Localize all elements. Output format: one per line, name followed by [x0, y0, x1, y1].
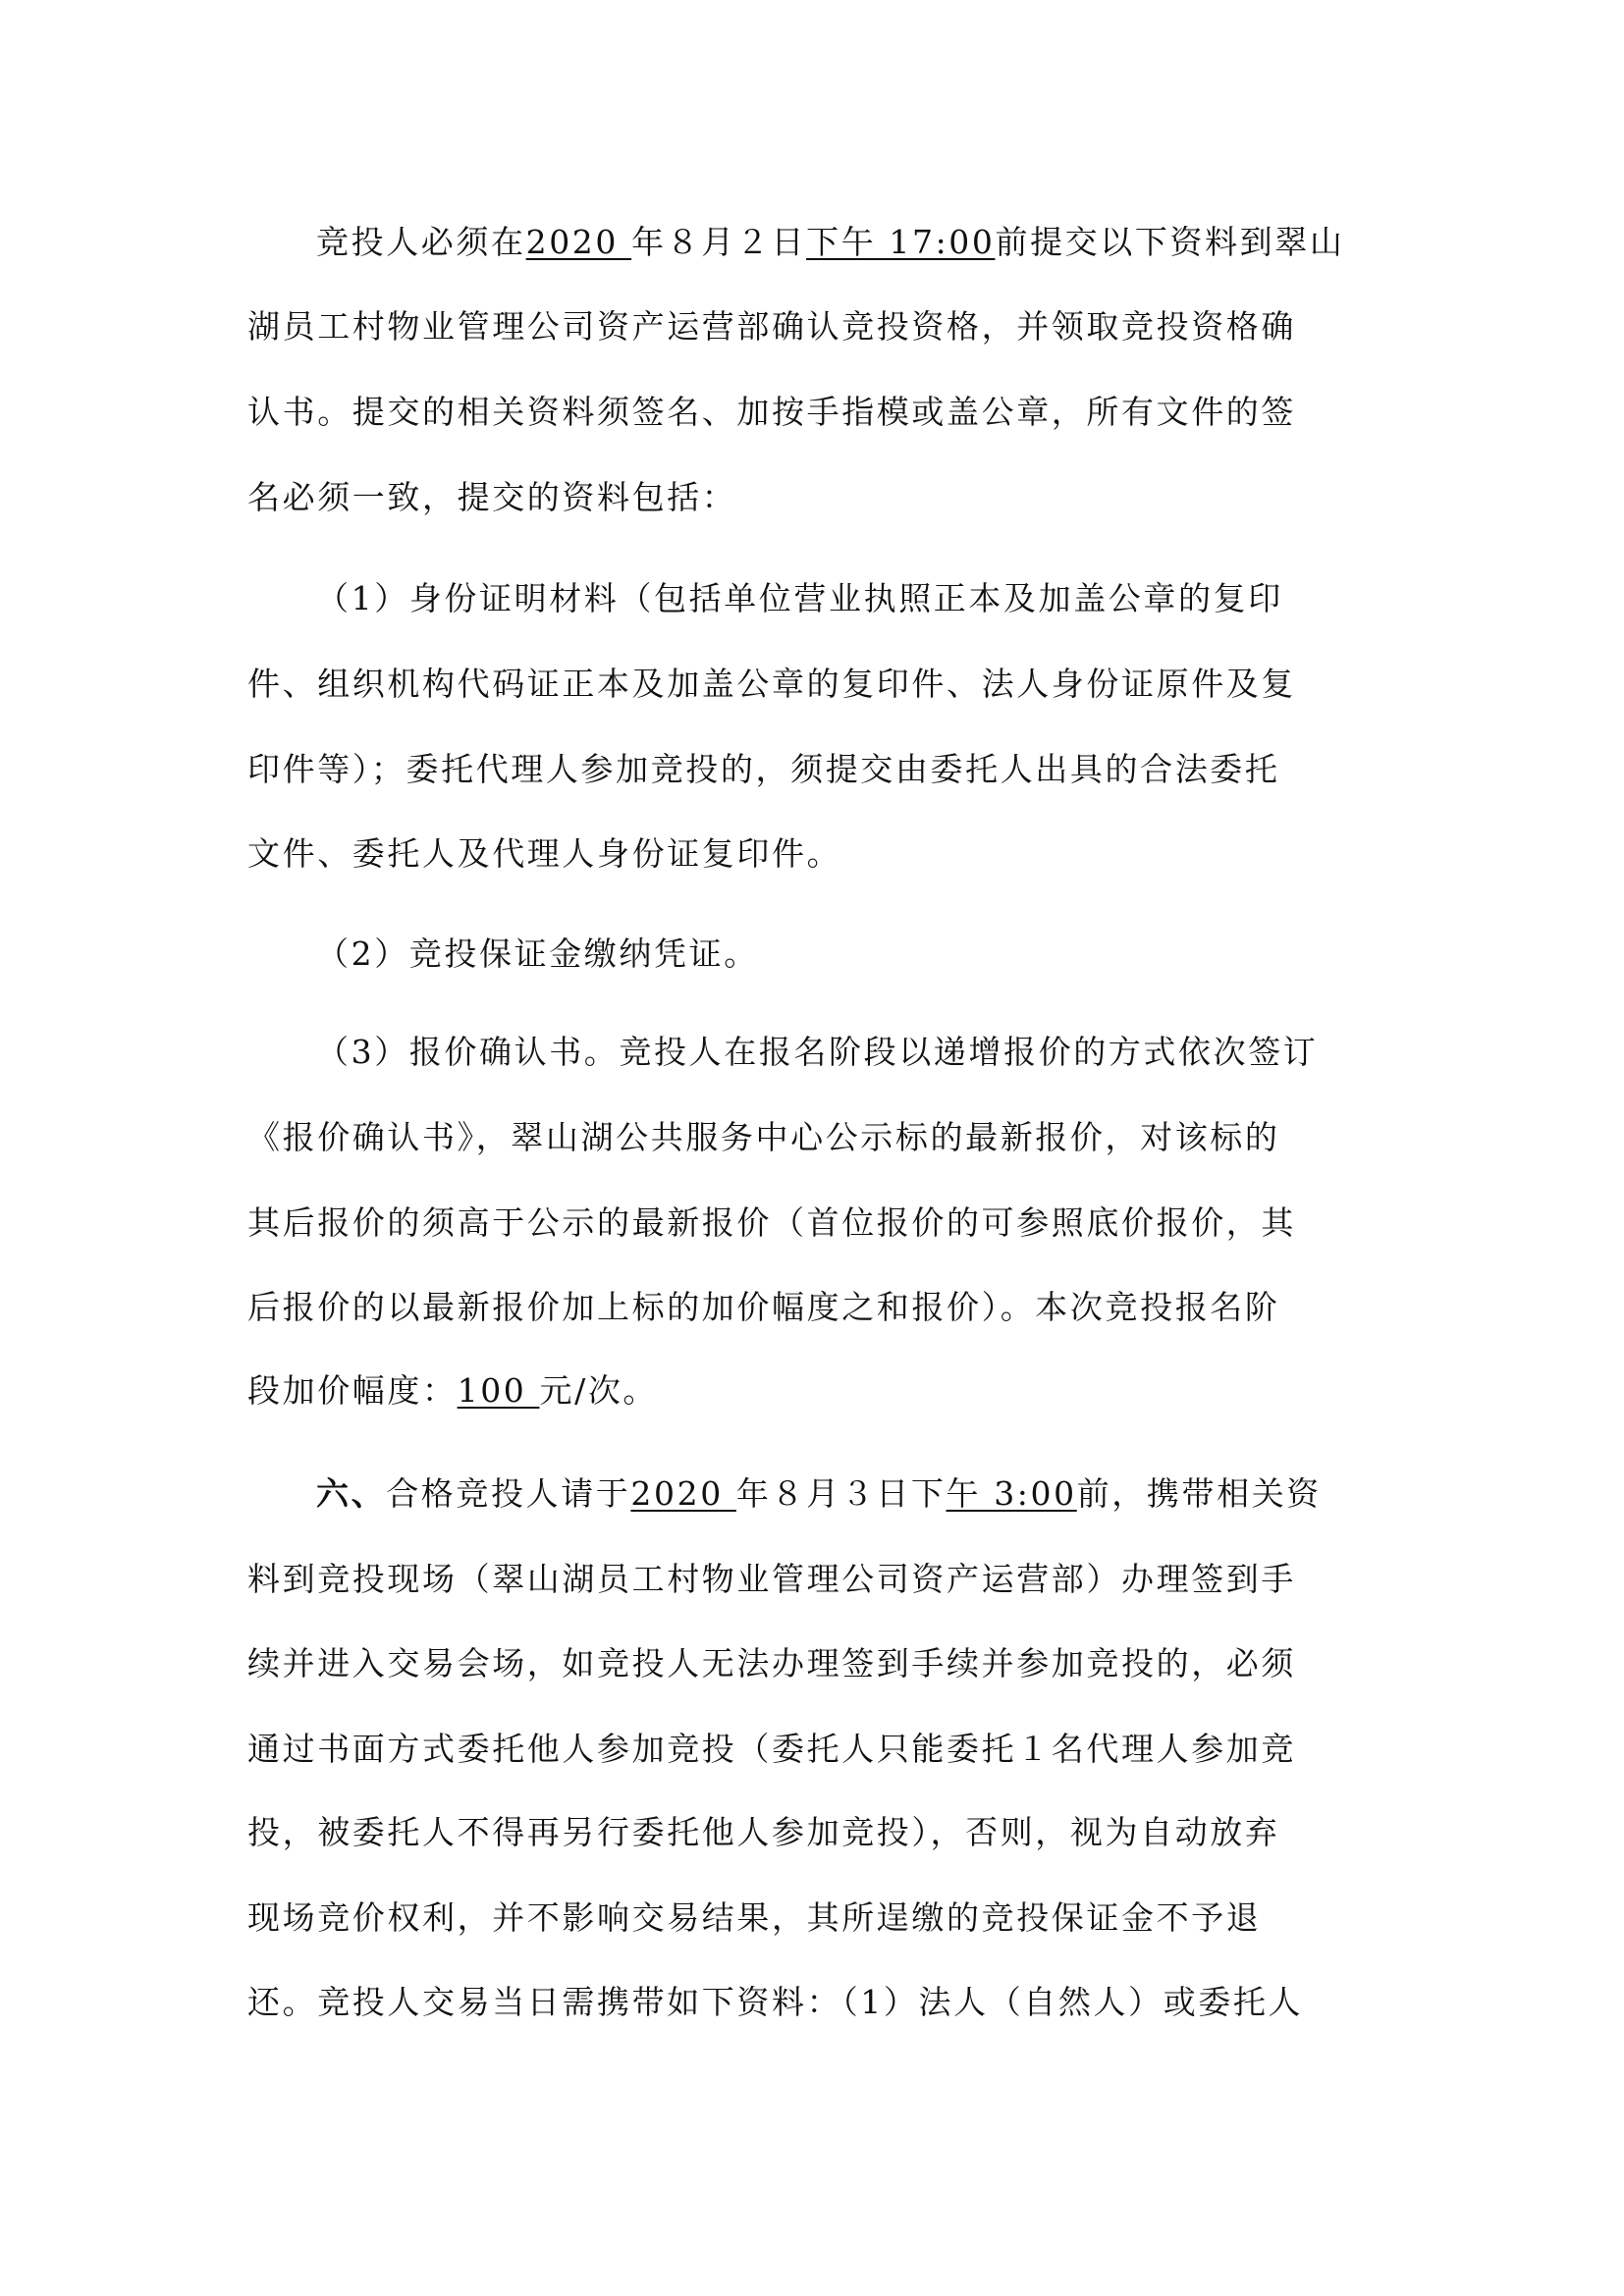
deadline-time: 下午 17:00	[806, 223, 995, 261]
section-6-line: 还。竞投人交易当日需携带如下资料：（1）法人（自然人）或委托人	[247, 1981, 1386, 2024]
section-number: 六、	[316, 1474, 386, 1513]
item-3-line: 其后报价的须高于公示的最新报价（首位报价的可参照底价报价，其	[247, 1201, 1386, 1245]
text: 元/次。	[540, 1371, 659, 1410]
paragraph-line: 认书。提交的相关资料须签名、加按手指模或盖公章，所有文件的签	[247, 391, 1386, 434]
paragraph-line: 竞投人必须在2020 年８月２日下午 17:00前提交以下资料到翠山	[316, 221, 1386, 264]
item-1-line: 印件等）；委托代理人参加竞投的，须提交由委托人出具的合法委托	[247, 748, 1386, 791]
item-3-line: 《报价确认书》，翠山湖公共服务中心公示标的最新报价，对该标的	[247, 1116, 1386, 1159]
price-increment: 100	[458, 1371, 540, 1410]
text: 年８月２日	[631, 223, 806, 261]
text: 年８月３日下	[736, 1474, 947, 1513]
section-6-line: 投，被委托人不得再另行委托他人参加竞投），否则，视为自动放弃	[247, 1811, 1386, 1854]
item-1-line: 件、组织机构代码证正本及加盖公章的复印件、法人身份证原件及复	[247, 663, 1386, 706]
item-3-line: 后报价的以最新报价加上标的加价幅度之和报价）。本次竞投报名阶	[247, 1286, 1386, 1329]
item-3-line: 段加价幅度：100 元/次。	[247, 1369, 1386, 1413]
section-6-line: 现场竞价权利，并不影响交易结果，其所逞缴的竞投保证金不予退	[247, 1896, 1386, 1940]
section-6-line: 通过书面方式委托他人参加竞投（委托人只能委托１名代理人参加竞	[247, 1728, 1386, 1771]
section-6-line: 六、合格竞投人请于2020 年８月３日下午 3:00前，携带相关资	[316, 1472, 1386, 1516]
session-year: 2020	[630, 1474, 735, 1513]
paragraph-line: 湖员工村物业管理公司资产运营部确认竞投资格，并领取竞投资格确	[247, 305, 1386, 348]
paragraph-line: 名必须一致，提交的资料包括：	[247, 476, 1386, 519]
item-2-line: （2）竞投保证金缴纳凭证。	[316, 933, 1386, 976]
text: 前，携带相关资	[1077, 1474, 1322, 1513]
text: 竞投人必须在	[316, 223, 526, 261]
text: 前提交以下资料到翠山	[995, 223, 1344, 261]
text: 段加价幅度：	[247, 1371, 458, 1410]
section-6-line: 料到竞投现场（翠山湖员工村物业管理公司资产运营部）办理签到手	[247, 1558, 1386, 1601]
document-page: 竞投人必须在2020 年８月２日下午 17:00前提交以下资料到翠山 湖员工村物…	[0, 0, 1624, 2296]
session-time: 午 3:00	[947, 1474, 1077, 1513]
section-6-line: 续并进入交易会场，如竞投人无法办理签到手续并参加竞投的，必须	[247, 1642, 1386, 1685]
text: 合格竞投人请于	[386, 1474, 630, 1513]
item-1-line: （1）身份证明材料（包括单位营业执照正本及加盖公章的复印	[316, 577, 1386, 620]
item-1-line: 文件、委托人及代理人身份证复印件。	[247, 832, 1386, 876]
item-3-line: （3）报价确认书。竞投人在报名阶段以递增报价的方式依次签订	[316, 1031, 1386, 1074]
deadline-year: 2020	[526, 223, 631, 261]
